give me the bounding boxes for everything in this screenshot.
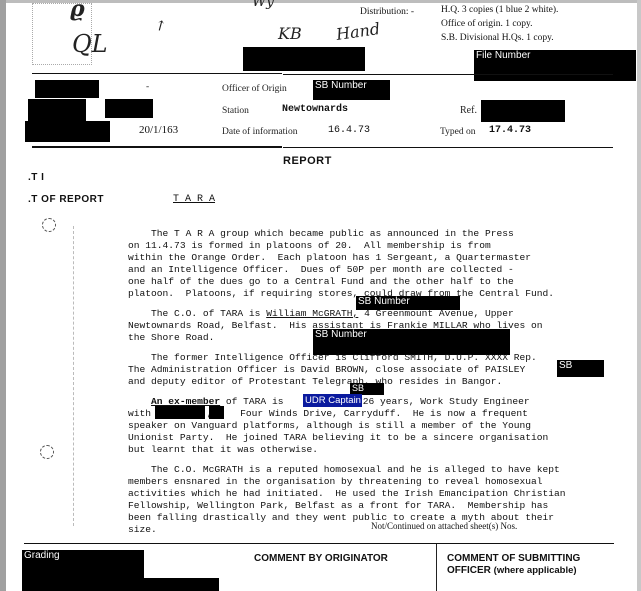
paragraph-2-line: the Shore Road.	[128, 332, 214, 344]
side-label-report: .T OF REPORT	[28, 194, 104, 205]
redaction-block	[142, 578, 219, 591]
signature: Hand	[335, 19, 381, 44]
punch-hole-mark	[42, 218, 56, 232]
footer-column-divider	[436, 544, 437, 591]
ref-label: Ref.	[460, 105, 477, 116]
comment-submitting-officer: OFFICER (where applicable)	[447, 565, 577, 576]
punch-hole-mark	[40, 445, 54, 459]
redaction-house-number	[209, 406, 224, 419]
redaction-file-number: File Number	[474, 50, 636, 81]
header-divider-left	[32, 73, 282, 74]
station-value: Newtownards	[282, 104, 348, 115]
distribution-line-origin: Office of origin. 1 copy.	[441, 18, 533, 30]
handwriting-kb: KB	[278, 24, 302, 43]
paragraph-1-line: The T A R A group which became public as…	[128, 228, 514, 240]
text: 4 Greenmount Avenue, Upper	[358, 308, 513, 319]
page-top-border	[0, 0, 641, 3]
redaction-udr-captain: UDR Captain N	[303, 394, 362, 407]
paragraph-3-line: The Administration Officer is David BROW…	[128, 364, 525, 376]
redaction-block	[35, 80, 99, 98]
where-applicable-label: (where applicable)	[494, 565, 577, 576]
distribution-label: Distribution: -	[360, 6, 414, 18]
typed-on-label: Typed on	[440, 127, 475, 137]
distribution-line-divisional: S.B. Divisional H.Qs. 1 copy.	[441, 32, 554, 44]
footer-divider-right	[494, 543, 614, 544]
paragraph-5-line: The C.O. McGRATH is a reputed homosexual…	[128, 464, 560, 476]
text: of TARA is	[220, 396, 289, 407]
station-label: Station	[222, 106, 249, 116]
footer-divider-left	[24, 543, 494, 544]
redaction-block	[105, 99, 153, 118]
date-of-information-value: 16.4.73	[328, 125, 370, 136]
text: , 26 years, Work Study Engineer	[351, 396, 529, 407]
paragraph-5-line: size.	[128, 524, 157, 536]
typed-on-value: 17.4.73	[489, 125, 531, 136]
left-date: 20/1/163	[139, 124, 178, 136]
paragraph-3-line: and deputy editor of Protestant Telegrap…	[128, 376, 502, 388]
redaction-grading: Grading	[22, 550, 144, 591]
report-title: REPORT	[283, 155, 332, 167]
text: The C.O. of TARA is	[128, 308, 266, 319]
paragraph-1-line: one half of the dues go to a Central Fun…	[128, 276, 514, 288]
paragraph-5-line: members ensnared in the organisation by …	[128, 476, 543, 488]
paragraph-1-line: platoon. Platoons, if requiring stores, …	[128, 288, 554, 300]
report-subject: T A R A	[173, 194, 215, 205]
date-of-information-label: Date of information	[222, 127, 297, 137]
margin-line	[73, 226, 74, 526]
redaction-block	[25, 121, 110, 142]
header-divider-right	[283, 74, 613, 75]
redaction-ref	[481, 100, 565, 122]
form-divider-right	[283, 147, 613, 148]
page-left-border	[0, 0, 6, 591]
officer-label: OFFICER	[447, 565, 491, 576]
paragraph-4-line: speaker on Vanguard platforms, although …	[128, 420, 531, 432]
continued-note: Not/Continued on attached sheet(s) Nos.	[371, 521, 517, 531]
paragraph-5-line: activities which he had initiated. He us…	[128, 488, 566, 500]
comment-submitting-heading: COMMENT OF SUBMITTING	[447, 553, 580, 564]
text: with	[128, 408, 157, 419]
paragraph-1-line: on 11.4.73 is formed in platoons of 20. …	[128, 240, 491, 252]
paragraph-5-line: Fellowship, Wellington Park, Belfast as …	[128, 500, 548, 512]
paragraph-1-line: and an Intelligence Officer. Dues of 50P…	[128, 264, 514, 276]
handwriting-initials: ϱ	[70, 0, 85, 22]
paragraph-2-line: The C.O. of TARA is William McGRATH, 4 G…	[128, 308, 514, 320]
co-name: William McGRATH,	[266, 308, 358, 319]
distribution-line-hq: H.Q. 3 copies (1 blue 2 white).	[441, 4, 558, 16]
text: Four Winds Drive, Carryduff. He is now a…	[234, 408, 528, 419]
redaction-block	[243, 47, 365, 71]
redaction-officer-sb-number: SB Number	[313, 80, 390, 100]
paragraph-3-line: The former Intelligence Officer is Cliff…	[128, 352, 537, 364]
handwriting-ql: QL	[72, 30, 108, 58]
redaction-sb-number-wrapped: SB	[557, 360, 604, 377]
handwriting-arrow: ↗	[152, 16, 170, 36]
officer-of-origin-label: Officer of Origin	[222, 84, 287, 94]
paragraph-4-line: but learnt that it was otherwise.	[128, 444, 318, 456]
side-label-subject: .T I	[28, 172, 44, 183]
comment-by-originator-heading: COMMENT BY ORIGINATOR	[254, 553, 388, 564]
form-divider-left	[32, 146, 282, 148]
paragraph-4-line: Unionist Party. He joined TARA believing…	[128, 432, 548, 444]
paragraph-1-line: within the Orange Order. Each platoon ha…	[128, 252, 531, 264]
handwriting-wy: Wy	[252, 0, 274, 10]
redaction-employer	[155, 406, 205, 419]
left-dash: -	[146, 82, 149, 92]
page-right-border	[637, 0, 641, 591]
